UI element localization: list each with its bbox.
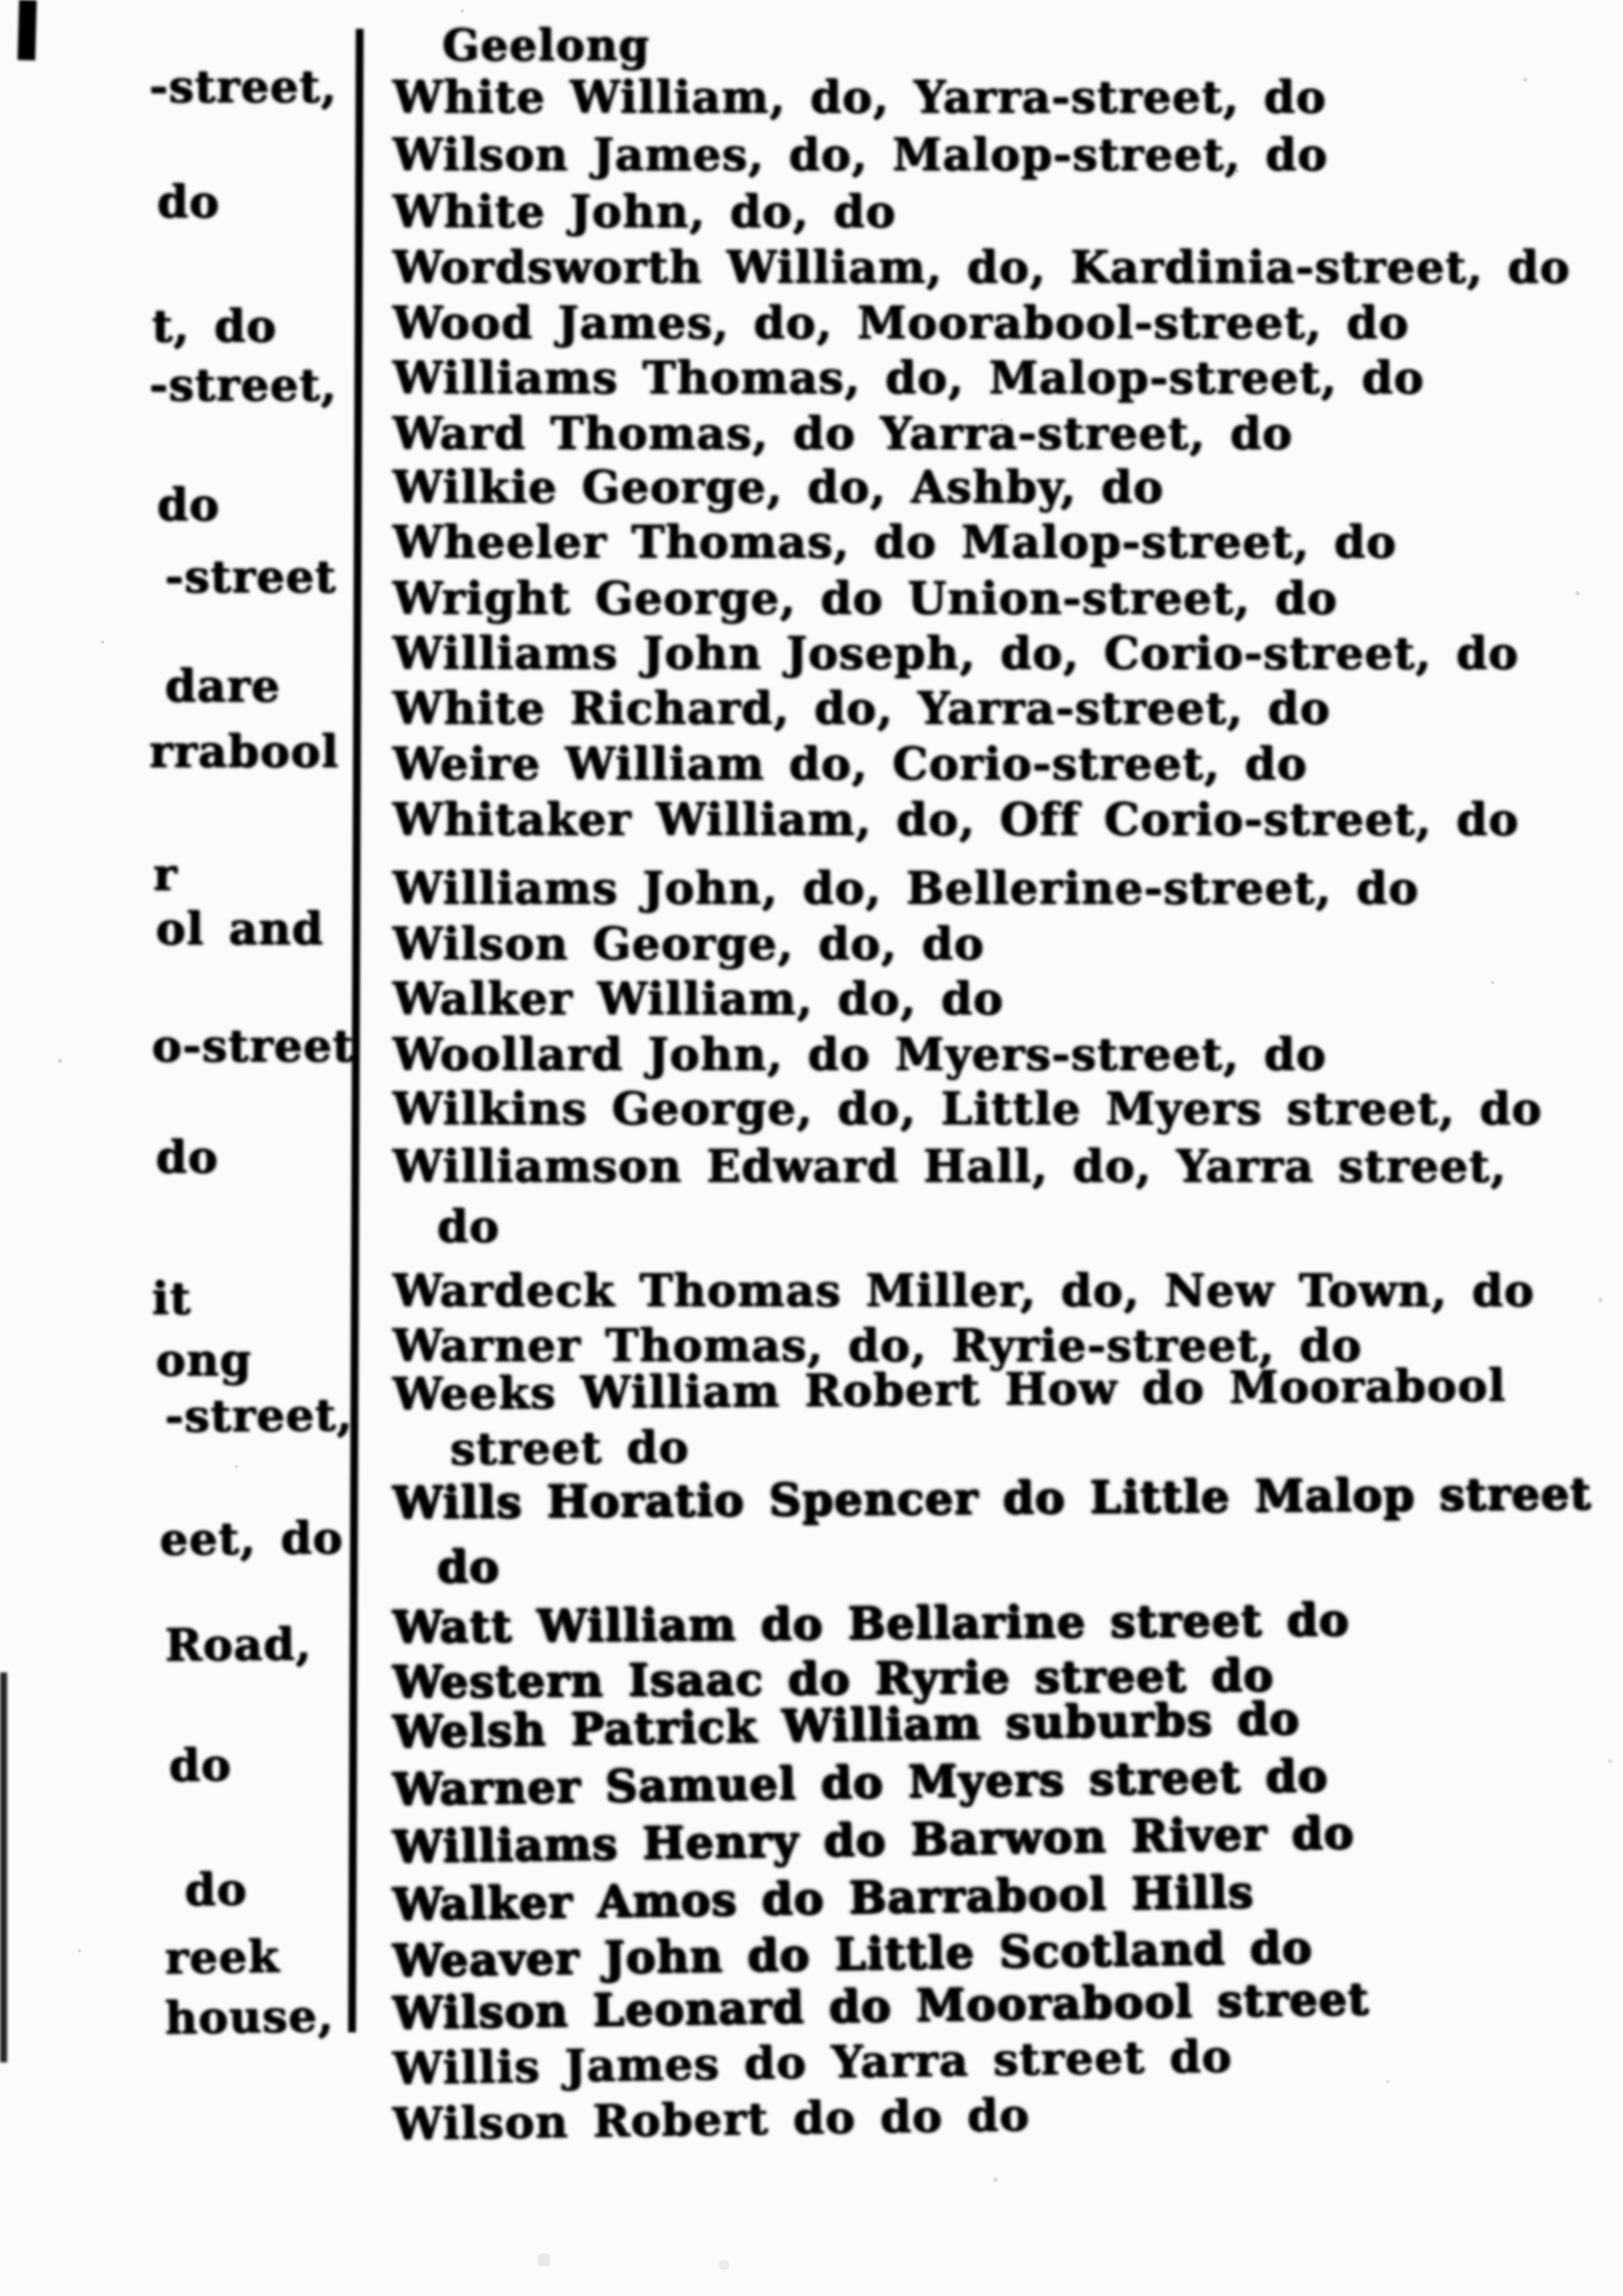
left-column-fragment: reek — [164, 1932, 280, 1983]
directory-entry: Wheeler Thomas, do Malop-street, do — [393, 518, 1397, 567]
scan-ink-layer: Geelong -street,dot, do-street,do-street… — [0, 0, 1623, 2296]
left-column-fragment: do — [168, 1741, 232, 1790]
directory-entry: Ward Thomas, do Yarra-street, do — [393, 410, 1293, 458]
directory-entry: do — [437, 1203, 500, 1251]
left-column-fragment: o-street — [152, 1022, 354, 1070]
left-column-fragment: dare — [165, 662, 281, 711]
directory-entry: Wilson Robert do do do — [392, 2091, 1030, 2149]
directory-entry: Weeks William Robert How do Moorabool — [393, 1362, 1507, 1419]
directory-entry: Walker Amos do Barrabool Hills — [392, 1867, 1254, 1929]
left-column-fragment: -street, — [149, 361, 337, 410]
left-column-fragment: -street — [165, 553, 336, 601]
left-column-fragment: do — [157, 178, 220, 226]
left-column-fragment: rrabool — [149, 728, 339, 776]
directory-entry: Wardeck Thomas Miller, do, New Town, do — [393, 1267, 1535, 1315]
directory-entry: Wills Horatio Spencer do Little Malop st… — [393, 1470, 1592, 1527]
page-catchword: Geelong — [442, 22, 650, 68]
left-column-fragment: house, — [164, 1992, 334, 2043]
directory-entry: Wilson George, do, do — [393, 920, 985, 968]
left-column-fragment: r — [153, 851, 177, 899]
directory-entry: street do — [450, 1423, 689, 1474]
directory-entry: Williams John, do, Bellerine-street, do — [393, 864, 1419, 913]
directory-entry: Wood James, do, Moorabool-street, do — [393, 299, 1409, 347]
directory-entry: White William, do, Yarra-street, do — [393, 73, 1327, 122]
directory-entry: Wilkins George, do, Little Myers street,… — [393, 1085, 1542, 1133]
directory-entry: White Richard, do, Yarra-street, do — [393, 684, 1331, 733]
left-column-fragment: it — [152, 1275, 191, 1323]
left-column-fragment: -street, — [149, 63, 337, 111]
directory-entry: White John, do, do — [393, 188, 896, 236]
directory-entry: Wilkie George, do, Ashby, do — [393, 463, 1164, 512]
scan-artifact-top-left — [18, 0, 37, 60]
left-column-fragment: ol and — [156, 905, 324, 953]
directory-entry: Williams Henry do Barwon River do — [392, 1809, 1354, 1871]
left-column-fragment: eet, do — [160, 1514, 343, 1564]
directory-entry: Wilson James, do, Malop-street, do — [393, 131, 1328, 179]
directory-entry: Willis James do Yarra street do — [392, 2032, 1232, 2093]
directory-entry: Weire William do, Corio-street, do — [393, 740, 1308, 788]
scanned-directory-page: Geelong -street,dot, do-street,do-street… — [0, 0, 1623, 2296]
directory-entry: Woollard John, do Myers-street, do — [393, 1031, 1327, 1079]
left-column-fragment: Road, — [165, 1620, 312, 1670]
scan-artifact-left-edge — [0, 1672, 7, 2062]
directory-entry: Wordsworth William, do, Kardinia-street,… — [393, 243, 1570, 292]
scan-noise-specks — [0, 0, 2, 2]
directory-entry: Williams John Joseph, do, Corio-street, … — [393, 629, 1519, 678]
directory-entry: Williams Thomas, do, Malop-street, do — [393, 354, 1424, 402]
directory-entry: Warner Samuel do Myers street do — [392, 1752, 1328, 1814]
directory-entry: Walker William, do, do — [393, 975, 1003, 1023]
directory-entry: Watt William do Bellarine street do — [393, 1596, 1350, 1651]
directory-entry: do — [437, 1542, 500, 1591]
left-column-fragment: ong — [156, 1336, 252, 1385]
left-column-fragment: do — [156, 1133, 218, 1182]
directory-entry: Whitaker William, do, Off Corio-street, … — [393, 796, 1519, 844]
left-column-fragment: t, do — [152, 302, 277, 351]
directory-entry: Williamson Edward Hall, do, Yarra street… — [393, 1142, 1507, 1191]
left-column-fragment: do — [157, 481, 220, 529]
directory-entry: Wright George, do Union-street, do — [393, 574, 1338, 623]
left-column-fragment: -street, — [165, 1391, 353, 1441]
left-column-fragment: do — [184, 1865, 247, 1915]
directory-entry: Welsh Patrick William suburbs do — [392, 1694, 1300, 1756]
